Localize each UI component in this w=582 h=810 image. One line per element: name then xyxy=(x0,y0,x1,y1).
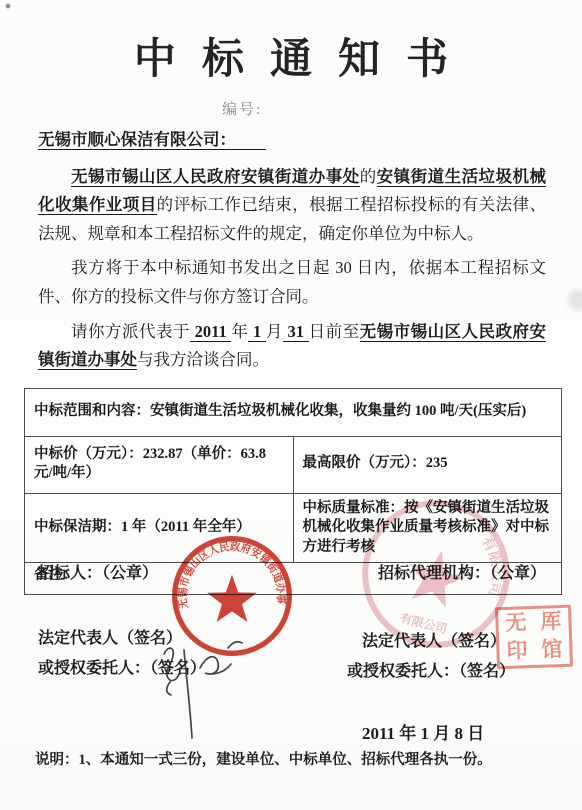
document-title: 中标通知书 xyxy=(0,26,582,86)
meeting-day: 31 xyxy=(283,322,309,342)
paragraph-invitation: 请你方派代表于 2011 年 1 月 31 日前至无锡市锡山区人民政府安镇街道办… xyxy=(38,318,546,375)
invitation-suffix: 与我方洽谈合同。 xyxy=(137,350,269,369)
square-seal-char: 厍 xyxy=(540,609,562,636)
tenderer-name: 无锡市锡山区人民政府安镇街道办事处 xyxy=(71,167,360,187)
day-unit: 日前至 xyxy=(309,322,360,341)
document-body: 无锡市顺心保洁有限公司： 无锡市锡山区人民政府安镇街道办事处的安镇街道生活垃圾机… xyxy=(38,126,546,375)
month-unit: 月 xyxy=(266,322,283,341)
square-seal-char: 无 xyxy=(505,610,527,637)
recipient-line: 无锡市顺心保洁有限公司： xyxy=(38,126,546,155)
handwritten-signature xyxy=(140,630,280,745)
recipient-name: 无锡市顺心保洁有限公司： xyxy=(38,130,266,150)
period-cell: 中标保洁期：1 年（2011 年全年） xyxy=(25,493,294,563)
table-row-price: 中标价（万元）：232.87（单价：63.8 元/吨/年） 最高限价（万元）：2… xyxy=(25,436,562,493)
quality-cell: 中标质量标准：按《安镇街道生活垃圾机械化收集作业质量考核标准》对中标方进行考核 xyxy=(293,493,562,563)
year-unit: 年 xyxy=(231,322,248,341)
scope-cell: 中标范围和内容：安镇街道生活垃圾机械化收集，收集量约 100 吨/天(压实后) xyxy=(25,389,562,437)
max-price-cell: 最高限价（万元）：235 xyxy=(293,436,562,493)
doc-number-label: 编号: xyxy=(222,98,262,119)
table-row-scope: 中标范围和内容：安镇街道生活垃圾机械化收集，收集量约 100 吨/天(压实后) xyxy=(25,389,562,437)
legal-rep-right-label: 法定代表人（签名） xyxy=(362,628,506,651)
award-notice-document: 中标通知书 编号: 无锡市顺心保洁有限公司： 无锡市锡山区人民政府安镇街道办事处… xyxy=(0,0,582,810)
square-seal-char: 馆 xyxy=(541,637,563,664)
distribution-note: 说明：1、本通知一式三份，建设单位、中标单位、招标代理各执一份。 xyxy=(35,748,492,769)
particle: 的 xyxy=(360,167,377,186)
table-row-period: 中标保洁期：1 年（2011 年全年） 中标质量标准：按《安镇街道生活垃圾机械化… xyxy=(25,493,562,563)
meeting-year: 2011 xyxy=(190,322,231,342)
paragraph-contract: 我方将于本中标通知书发出之日起 30 日内，依据本工程招标文件、你方的投标文件与… xyxy=(38,254,546,311)
invitation-prefix: 请你方派代表于 xyxy=(71,322,190,341)
attorney-right-label: 或授权委托人：（签名） xyxy=(347,658,515,681)
price-cell: 中标价（万元）：232.87（单价：63.8 元/吨/年） xyxy=(25,436,294,493)
issue-date: 2011 年 1 月 8 日 xyxy=(362,719,484,744)
square-seal-char: 印 xyxy=(506,638,528,665)
square-seal-stamp: 无 厍 印 馆 xyxy=(495,605,573,670)
agency-seal-label: 招标代理机构：（公章） xyxy=(378,560,546,583)
meeting-month: 1 xyxy=(248,322,266,342)
paragraph-award: 无锡市锡山区人民政府安镇街道办事处的安镇街道生活垃圾机械化收集作业项目的评标工作… xyxy=(38,163,546,249)
tenderer-seal-label: 招标人：（公章） xyxy=(38,560,158,583)
